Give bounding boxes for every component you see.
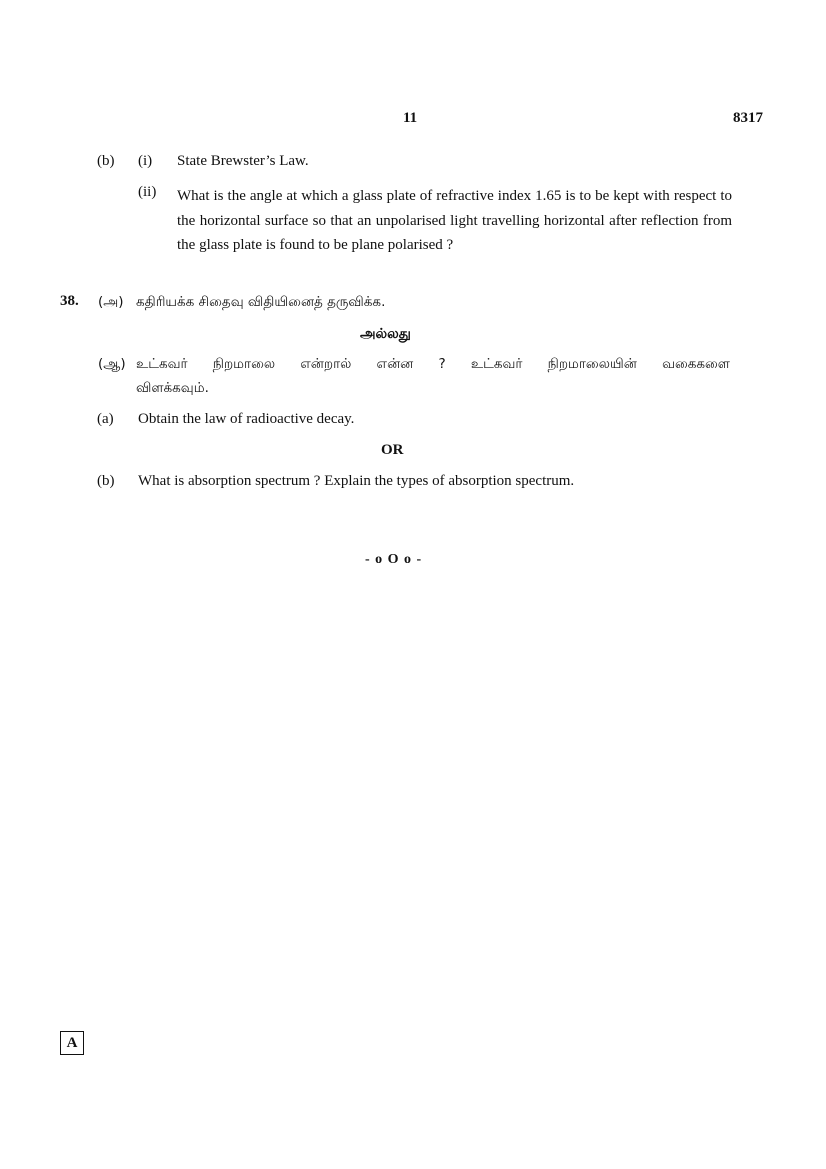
subpart-i-text: State Brewster’s Law. xyxy=(177,153,309,170)
subpart-i-label: (i) xyxy=(138,153,152,170)
english-or-separator: OR xyxy=(381,442,404,459)
tamil-or-separator: அல்லது xyxy=(360,326,411,344)
english-option-a-label: (a) xyxy=(97,411,114,428)
tamil-option-b-text-line1: உட்கவர் நிறமாலை என்றால் என்ன ? உட்கவர் ந… xyxy=(136,356,730,374)
english-option-b-text: What is absorption spectrum ? Explain th… xyxy=(138,473,574,490)
subpart-ii-text: What is the angle at which a glass plate… xyxy=(177,184,732,258)
paper-code: 8317 xyxy=(733,110,763,127)
tamil-option-b-text-line2: விளக்கவும். xyxy=(136,380,209,398)
english-option-b-label: (b) xyxy=(97,473,115,490)
question-38-number: 38. xyxy=(60,293,79,310)
end-of-paper-mark: - o O o - xyxy=(365,552,422,568)
english-option-a-text: Obtain the law of radioactive decay. xyxy=(138,411,354,428)
tamil-option-a-label: (அ) xyxy=(98,294,124,312)
subpart-ii-label: (ii) xyxy=(138,184,156,201)
tamil-option-a-text: கதிரியக்க சிதைவு விதியினைத் தருவிக்க. xyxy=(136,294,385,312)
question-37b-label: (b) xyxy=(97,153,115,170)
page-number: 11 xyxy=(403,110,417,127)
tamil-option-b-label: (ஆ) xyxy=(98,356,126,374)
booklet-series-letter: A xyxy=(67,1035,78,1052)
booklet-series-box: A xyxy=(60,1031,84,1055)
